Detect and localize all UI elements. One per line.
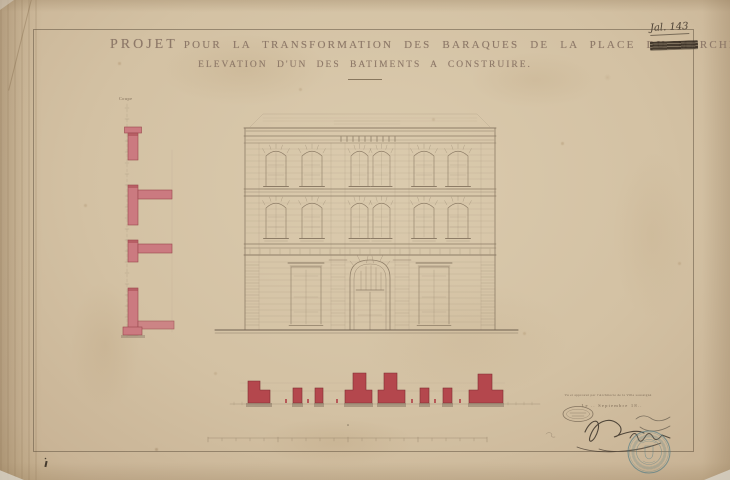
approval-block: Vu et approuvé par l'Architecte de la Vi… [546,393,670,473]
approval-printed-line: Vu et approuvé par l'Architecte de la Vi… [564,393,651,397]
section-label: Coupe [119,96,132,101]
paper-sheet: PROJETPOUR LA TRANSFORMATION DES BARAQUE… [0,0,730,480]
blue-stamp [628,431,670,473]
window [299,196,326,241]
plan-drawing [230,373,540,407]
plan-piers [248,373,503,403]
drawing-art: Coupe [0,0,730,480]
window [370,144,393,189]
ground-floor [245,255,495,330]
dentils [341,137,395,141]
elevation-drawing [215,114,518,333]
ground-line [215,330,518,333]
scale-bar [208,437,487,442]
roof-lines [250,114,490,127]
window [348,196,371,241]
first-floor-windows [263,196,472,241]
approval-date-line: Le .. Septembre 18.. [581,403,642,408]
window [348,144,371,189]
window [411,144,438,189]
window [263,144,290,189]
window [411,196,438,241]
ink-speck [44,424,348,467]
window [445,196,472,241]
window [263,196,290,241]
section-drawing: Coupe [119,96,174,338]
bracket-course [250,249,490,254]
second-floor-windows [263,144,472,189]
window [445,144,472,189]
window [299,144,326,189]
cornice [244,128,496,143]
secondary-signature [546,416,670,437]
oval-stamp [563,407,593,422]
center-arched-door [350,255,390,330]
pier-shadows [246,403,504,407]
window [370,196,393,241]
section-red-profile [123,127,174,335]
